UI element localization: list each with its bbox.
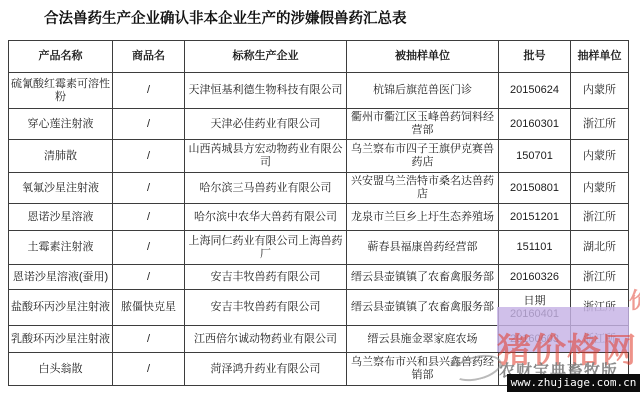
document-page: 合法兽药生产企业确认非本企业生产的涉嫌假兽药汇总表 产品名称 商品名 标称生产企… bbox=[0, 0, 640, 393]
cell-lot: 151101 bbox=[499, 231, 571, 265]
cell-lot: 20150801 bbox=[499, 173, 571, 204]
cell-product: 恩诺沙星溶液(蚕用) bbox=[9, 265, 113, 290]
cell-trade-name: / bbox=[113, 204, 185, 231]
cell-sampled-unit: 缙云县壶镇镇了农畜禽服务部 bbox=[347, 265, 499, 290]
cell-product: 乳酸环丙沙星注射液 bbox=[9, 326, 113, 353]
cell-product: 恩诺沙星溶液 bbox=[9, 204, 113, 231]
col-header-trade-name: 商品名 bbox=[113, 41, 185, 73]
cell-trade-name: / bbox=[113, 265, 185, 290]
table-row: 恩诺沙星溶液(蚕用) / 安吉丰牧兽药有限公司 缙云县壶镇镇了农畜禽服务部 20… bbox=[9, 265, 629, 290]
watermark-red-fragment: 价 bbox=[629, 284, 640, 315]
cell-trade-name: / bbox=[113, 140, 185, 173]
cell-trade-name: / bbox=[113, 231, 185, 265]
cell-sampled-unit: 蕲春县福康兽药经营部 bbox=[347, 231, 499, 265]
col-header-sampling-org: 抽样单位 bbox=[571, 41, 629, 73]
cell-trade-name: / bbox=[113, 353, 185, 386]
col-header-lot: 批号 bbox=[499, 41, 571, 73]
cell-product: 氧氟沙星注射液 bbox=[9, 173, 113, 204]
table-row: 硫氰酸红霉素可溶性粉 / 天津恒基利德生物科技有限公司 杭锦后旗范兽医门诊 20… bbox=[9, 73, 629, 109]
cell-producer: 江西倍尔诚动物药业有限公司 bbox=[185, 326, 347, 353]
cell-lot: 20151201 bbox=[499, 204, 571, 231]
cell-producer: 上海同仁药业有限公司上海兽药厂 bbox=[185, 231, 347, 265]
cell-trade-name: / bbox=[113, 109, 185, 140]
cell-sampling-org: 内蒙所 bbox=[571, 140, 629, 173]
cell-product: 白头翁散 bbox=[9, 353, 113, 386]
cell-sampling-org: 内蒙所 bbox=[571, 73, 629, 109]
page-title: 合法兽药生产企业确认非本企业生产的涉嫌假兽药汇总表 bbox=[44, 7, 407, 28]
cell-producer: 菏泽鸿升药业有限公司 bbox=[185, 353, 347, 386]
cell-sampling-org: 浙江所 bbox=[571, 265, 629, 290]
watermark-url-bar: www.zhujiage.com.cn bbox=[507, 374, 640, 392]
cell-lot: 20150624 bbox=[499, 73, 571, 109]
cell-producer: 山西芮城县方宏动物药业有限公司 bbox=[185, 140, 347, 173]
cell-producer: 天津恒基利德生物科技有限公司 bbox=[185, 73, 347, 109]
table-header-row: 产品名称 商品名 标称生产企业 被抽样单位 批号 抽样单位 bbox=[9, 41, 629, 73]
cell-producer: 安吉丰牧兽药有限公司 bbox=[185, 290, 347, 326]
cell-sampling-org: 内蒙所 bbox=[571, 173, 629, 204]
cell-trade-name: / bbox=[113, 73, 185, 109]
table-row: 土霉素注射液 / 上海同仁药业有限公司上海兽药厂 蕲春县福康兽药经营部 1511… bbox=[9, 231, 629, 265]
cell-lot: 150701 bbox=[499, 140, 571, 173]
cell-sampled-unit: 缙云县壶镇镇了农畜禽服务部 bbox=[347, 290, 499, 326]
cell-product: 穿心莲注射液 bbox=[9, 109, 113, 140]
cell-sampled-unit: 乌兰察布市四子王旗伊克赛兽药店 bbox=[347, 140, 499, 173]
cell-sampled-unit: 衢州市衢江区玉峰兽药饲料经营部 bbox=[347, 109, 499, 140]
cell-sampling-org: 浙江所 bbox=[571, 109, 629, 140]
cell-sampling-org: 湖北所 bbox=[571, 231, 629, 265]
cell-trade-name: / bbox=[113, 326, 185, 353]
cell-lot: 20160326 bbox=[499, 265, 571, 290]
table-row: 氧氟沙星注射液 / 哈尔滨三马兽药业有限公司 兴安盟乌兰浩特市桑名达兽药店 20… bbox=[9, 173, 629, 204]
cell-sampled-unit: 龙泉市兰巨乡上圩生态养殖场 bbox=[347, 204, 499, 231]
table-row: 清肺散 / 山西芮城县方宏动物药业有限公司 乌兰察布市四子王旗伊克赛兽药店 15… bbox=[9, 140, 629, 173]
table-row: 恩诺沙星溶液 / 哈尔滨中农华大兽药有限公司 龙泉市兰巨乡上圩生态养殖场 201… bbox=[9, 204, 629, 231]
cell-producer: 哈尔滨三马兽药业有限公司 bbox=[185, 173, 347, 204]
cell-trade-name: / bbox=[113, 173, 185, 204]
cell-sampled-unit: 杭锦后旗范兽医门诊 bbox=[347, 73, 499, 109]
col-header-product: 产品名称 bbox=[9, 41, 113, 73]
table-row: 穿心莲注射液 / 天津必佳药业有限公司 衢州市衢江区玉峰兽药饲料经营部 2016… bbox=[9, 109, 629, 140]
col-header-sampled-unit: 被抽样单位 bbox=[347, 41, 499, 73]
cell-trade-name: 脓僵快克星 bbox=[113, 290, 185, 326]
cell-producer: 哈尔滨中农华大兽药有限公司 bbox=[185, 204, 347, 231]
cell-product: 盐酸环丙沙星注射液 bbox=[9, 290, 113, 326]
cell-product: 硫氰酸红霉素可溶性粉 bbox=[9, 73, 113, 109]
cell-sampled-unit: 缙云县施金翠家庭农场 bbox=[347, 326, 499, 353]
cell-lot: 20160301 bbox=[499, 109, 571, 140]
cell-producer: 安吉丰牧兽药有限公司 bbox=[185, 265, 347, 290]
cell-product: 清肺散 bbox=[9, 140, 113, 173]
cell-product: 土霉素注射液 bbox=[9, 231, 113, 265]
cell-sampled-unit: 兴安盟乌兰浩特市桑名达兽药店 bbox=[347, 173, 499, 204]
cell-sampling-org: 浙江所 bbox=[571, 204, 629, 231]
cell-producer: 天津必佳药业有限公司 bbox=[185, 109, 347, 140]
col-header-producer: 标称生产企业 bbox=[185, 41, 347, 73]
